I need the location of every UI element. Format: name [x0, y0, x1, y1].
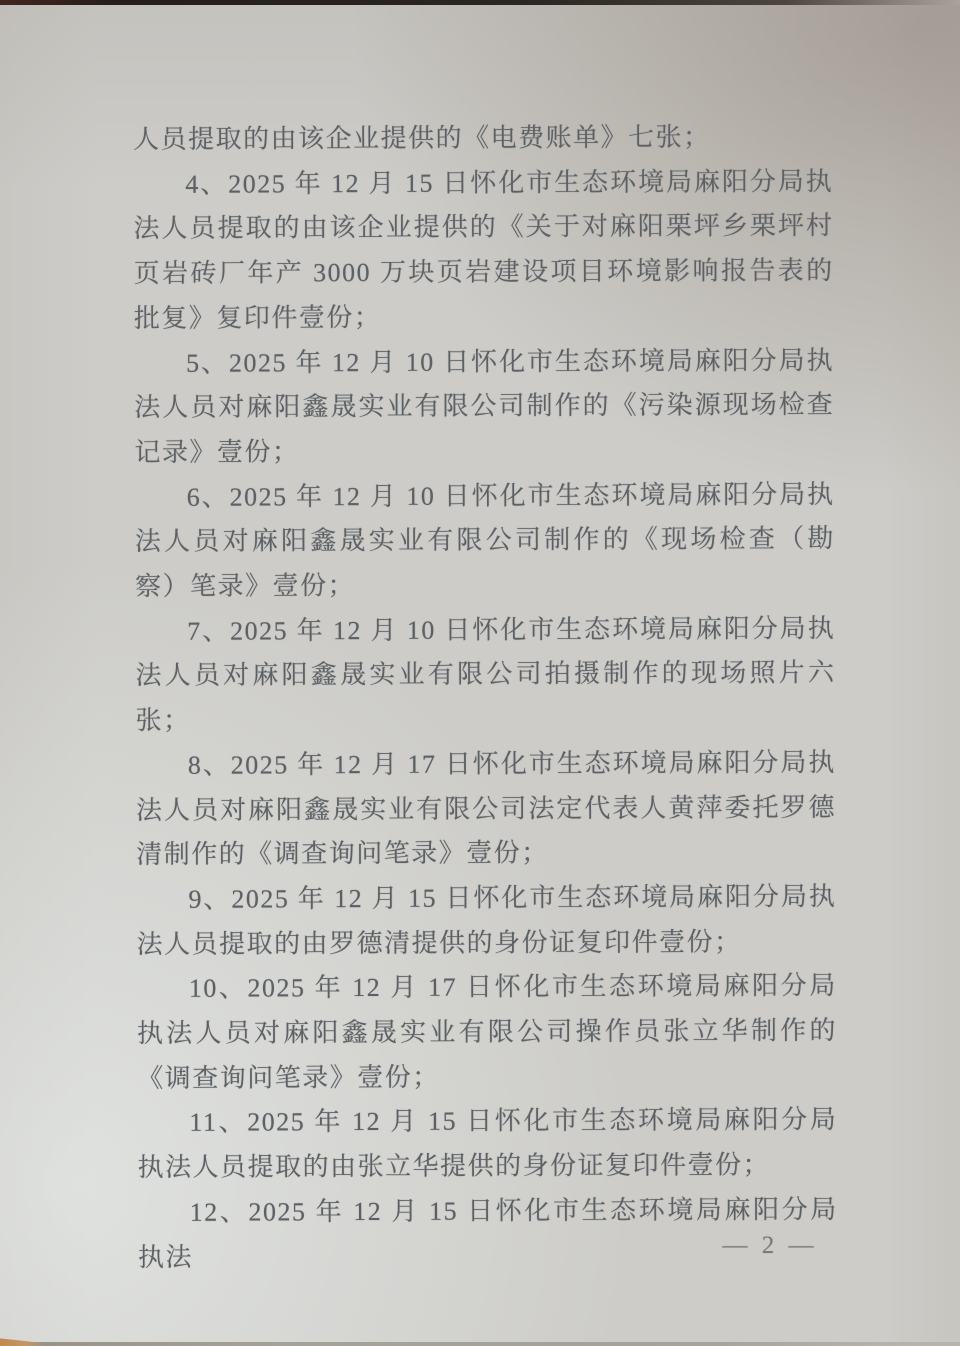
- evidence-item-9: 9、2025 年 12 月 15 日怀化市生态环境局麻阳分局执法人员提取的由罗德…: [136, 875, 836, 967]
- photo-edge-top: [0, 0, 960, 5]
- photo-edge-bottom: [0, 1342, 960, 1346]
- evidence-item-4: 4、2025 年 12 月 15 日怀化市生态环境局麻阳分局执法人员提取的由该企…: [133, 160, 834, 342]
- evidence-item-6: 6、2025 年 12 月 10 日怀化市生态环境局麻阳分局执法人员对麻阳鑫晟实…: [135, 473, 836, 610]
- document-body: 人员提取的由该企业提供的《电费账单》七张； 4、2025 年 12 月 15 日…: [133, 115, 838, 1280]
- page-number: — 2 —: [700, 1232, 840, 1260]
- evidence-item-7: 7、2025 年 12 月 10 日怀化市生态环境局麻阳分局执法人员对麻阳鑫晟实…: [135, 607, 836, 744]
- evidence-item-11: 11、2025 年 12 月 15 日怀化市生态环境局麻阳分局执法人员提取的由张…: [137, 1098, 837, 1190]
- evidence-item-10: 10、2025 年 12 月 17 日怀化市生态环境局麻阳分局执法人员对麻阳鑫晟…: [137, 964, 838, 1101]
- continuation-line: 人员提取的由该企业提供的《电费账单》七张；: [133, 115, 833, 163]
- document-photo: 人员提取的由该企业提供的《电费账单》七张； 4、2025 年 12 月 15 日…: [0, 0, 960, 1346]
- evidence-item-8: 8、2025 年 12 月 17 日怀化市生态环境局麻阳分局执法人员对麻阳鑫晟实…: [136, 741, 837, 878]
- evidence-item-5: 5、2025 年 12 月 10 日怀化市生态环境局麻阳分局执法人员对麻阳鑫晟实…: [134, 338, 835, 475]
